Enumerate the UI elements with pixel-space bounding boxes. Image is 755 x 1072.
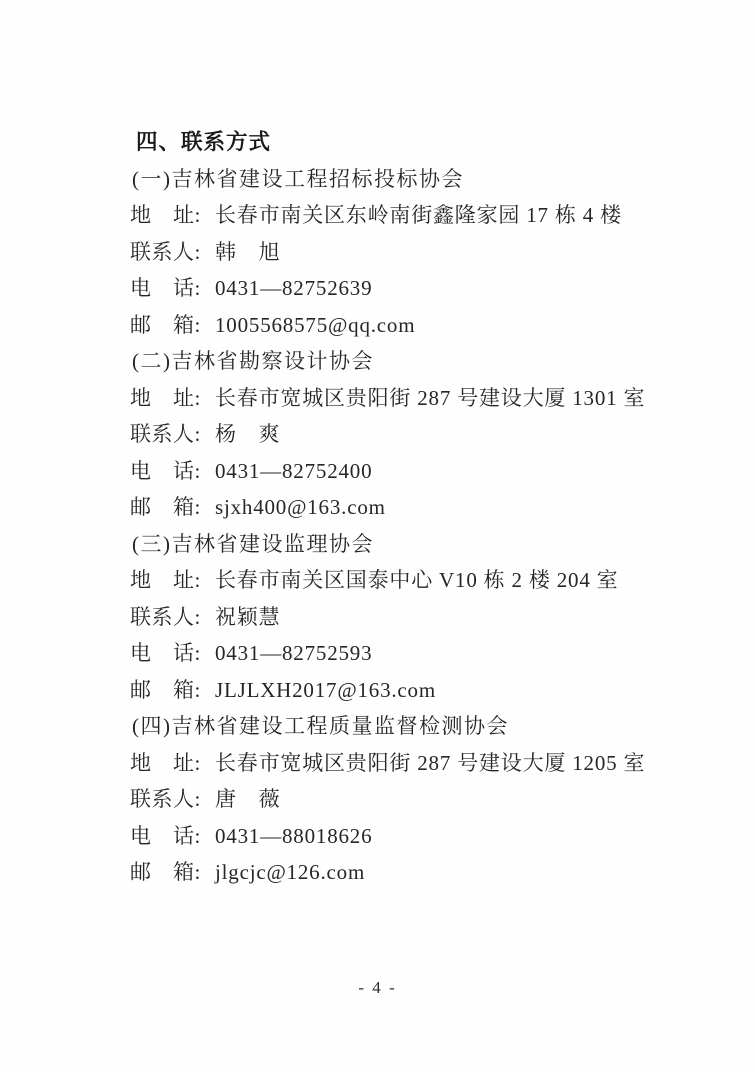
contact-label: 联系人: — [130, 416, 215, 453]
phone-value: 0431—88018626 — [215, 824, 372, 848]
phone-value: 0431—82752400 — [215, 459, 372, 483]
org-title-1: (一)吉林省建设工程招标投标协会 — [132, 161, 695, 198]
document-page: 四、联系方式 (一)吉林省建设工程招标投标协会 地 址:长春市南关区东岭南街鑫隆… — [0, 0, 755, 1072]
contact-row: 联系人:韩 旭 — [130, 234, 695, 271]
contact-label: 联系人: — [130, 234, 215, 271]
address-value: 长春市南关区东岭南街鑫隆家园 17 栋 4 楼 — [215, 203, 622, 227]
contact-row: 联系人:杨 爽 — [130, 416, 695, 453]
phone-label: 电 话: — [130, 818, 215, 855]
address-value: 长春市宽城区贵阳街 287 号建设大厦 1205 室 — [215, 751, 645, 775]
contact-row: 联系人:唐 薇 — [130, 781, 695, 818]
phone-label: 电 话: — [130, 635, 215, 672]
document-body: 四、联系方式 (一)吉林省建设工程招标投标协会 地 址:长春市南关区东岭南街鑫隆… — [130, 124, 695, 891]
address-label: 地 址: — [130, 380, 215, 417]
email-row: 邮 箱:JLJLXH2017@163.com — [130, 672, 695, 709]
address-row: 地 址:长春市宽城区贵阳街 287 号建设大厦 1301 室 — [130, 380, 695, 417]
phone-label: 电 话: — [130, 453, 215, 490]
email-label: 邮 箱: — [130, 854, 215, 891]
phone-label: 电 话: — [130, 270, 215, 307]
address-row: 地 址:长春市南关区国泰中心 V10 栋 2 楼 204 室 — [130, 562, 695, 599]
email-label: 邮 箱: — [130, 672, 215, 709]
phone-row: 电 话:0431—88018626 — [130, 818, 695, 855]
phone-value: 0431—82752639 — [215, 276, 372, 300]
phone-row: 电 话:0431—82752639 — [130, 270, 695, 307]
org-title-4: (四)吉林省建设工程质量监督检测协会 — [132, 708, 695, 745]
email-value: 1005568575@qq.com — [215, 313, 415, 337]
email-row: 邮 箱:jlgcjc@126.com — [130, 854, 695, 891]
contact-label: 联系人: — [130, 781, 215, 818]
address-value: 长春市宽城区贵阳街 287 号建设大厦 1301 室 — [215, 386, 645, 410]
contact-value: 唐 薇 — [215, 787, 280, 811]
address-label: 地 址: — [130, 197, 215, 234]
phone-value: 0431—82752593 — [215, 641, 372, 665]
org-title-2: (二)吉林省勘察设计协会 — [132, 343, 695, 380]
email-label: 邮 箱: — [130, 307, 215, 344]
section-heading: 四、联系方式 — [136, 124, 695, 161]
email-value: JLJLXH2017@163.com — [215, 678, 436, 702]
email-row: 邮 箱:sjxh400@163.com — [130, 489, 695, 526]
contact-label: 联系人: — [130, 599, 215, 636]
address-value: 长春市南关区国泰中心 V10 栋 2 楼 204 室 — [215, 568, 618, 592]
org-title-3: (三)吉林省建设监理协会 — [132, 526, 695, 563]
email-value: sjxh400@163.com — [215, 495, 386, 519]
phone-row: 电 话:0431—82752400 — [130, 453, 695, 490]
contact-value: 祝颖慧 — [215, 605, 280, 629]
contact-value: 杨 爽 — [215, 422, 280, 446]
contact-row: 联系人:祝颖慧 — [130, 599, 695, 636]
email-value: jlgcjc@126.com — [215, 860, 365, 884]
address-row: 地 址:长春市南关区东岭南街鑫隆家园 17 栋 4 楼 — [130, 197, 695, 234]
phone-row: 电 话:0431—82752593 — [130, 635, 695, 672]
email-row: 邮 箱:1005568575@qq.com — [130, 307, 695, 344]
address-row: 地 址:长春市宽城区贵阳街 287 号建设大厦 1205 室 — [130, 745, 695, 782]
address-label: 地 址: — [130, 745, 215, 782]
email-label: 邮 箱: — [130, 489, 215, 526]
page-number: - 4 - — [0, 978, 755, 998]
contact-value: 韩 旭 — [215, 240, 280, 264]
address-label: 地 址: — [130, 562, 215, 599]
